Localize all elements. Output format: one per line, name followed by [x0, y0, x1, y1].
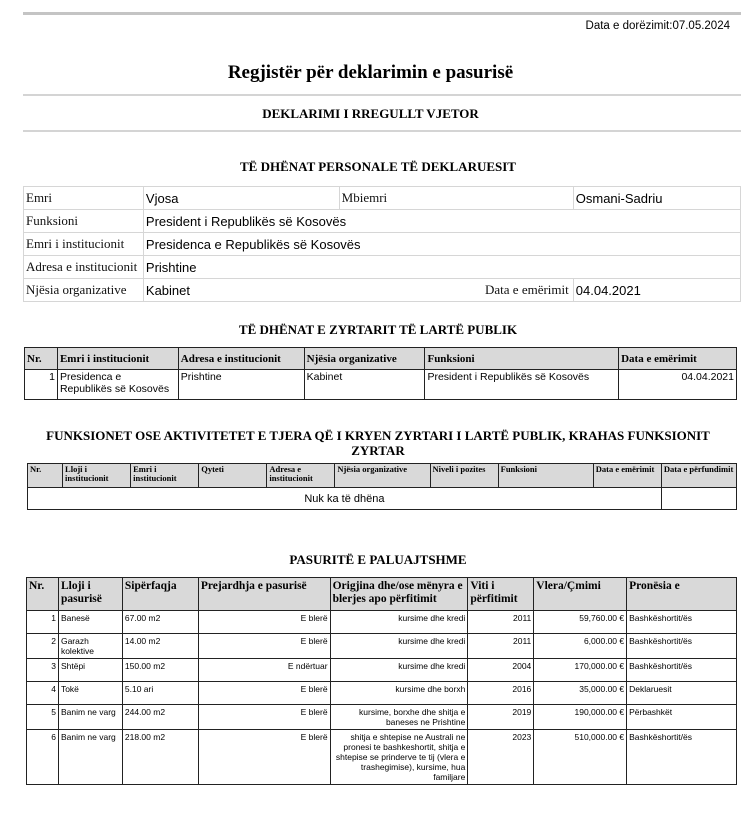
column-header: Emri i institucionit	[131, 464, 199, 488]
cell-type: Banesë	[58, 611, 122, 634]
cell-source: kursime, borxhe dhe shitja e baneses ne …	[330, 705, 468, 730]
appointment-date-label: Data e emërimit	[483, 279, 573, 302]
cell-owner: Bashkëshortit/ës	[627, 659, 737, 682]
institution-value: Presidenca e Republikës së Kosovës	[143, 233, 740, 256]
column-header: Funksioni	[498, 464, 593, 488]
column-header: Nr.	[27, 578, 59, 611]
column-header: Vlera/Çmimi	[534, 578, 627, 611]
column-header: Prejardhja e pasurisë	[198, 578, 330, 611]
column-header: Lloji i pasurisë	[58, 578, 122, 611]
table-row: 3Shtëpi150.00 m2E ndërtuarkursime dhe kr…	[27, 659, 737, 682]
cell-unit: Kabinet	[304, 370, 425, 400]
cell-nr: 2	[27, 634, 59, 659]
column-header: Adresa e institucionit	[267, 464, 335, 488]
immovable-property-table: Nr. Lloji i pasurisë Sipërfaqja Prejardh…	[26, 577, 737, 785]
cell-owner: Deklaruesit	[627, 682, 737, 705]
column-header: Data e përfundimit	[661, 464, 736, 488]
cell-value: 59,760.00 €	[534, 611, 627, 634]
table-row: Emri i institucionit Presidenca e Republ…	[24, 233, 741, 256]
column-header: Data e emërimit	[593, 464, 661, 488]
table-row: Adresa e institucionit Prishtine	[24, 256, 741, 279]
cell-area: 14.00 m2	[122, 634, 198, 659]
cell-nr: 4	[27, 682, 59, 705]
table-header-row: Nr. Emri i institucionit Adresa e instit…	[25, 348, 737, 370]
cell-year: 2004	[468, 659, 534, 682]
column-header: Emri i institucionit	[57, 348, 178, 370]
cell-owner: Bashkëshortit/ës	[627, 634, 737, 659]
title-divider	[23, 94, 741, 96]
column-header: Adresa e institucionit	[178, 348, 304, 370]
cell-origin: E blerë	[198, 705, 330, 730]
cell-value: 6,000.00 €	[534, 634, 627, 659]
cell-nr: 1	[25, 370, 58, 400]
cell-area: 218.00 m2	[122, 730, 198, 785]
declaration-type: DEKLARIMI I RREGULLT VJETOR	[0, 106, 741, 122]
cell-source: shitja e shtepise ne Australi ne pronesi…	[330, 730, 468, 785]
cell-type: Shtëpi	[58, 659, 122, 682]
cell-address: Prishtine	[178, 370, 304, 400]
last-name-value: Osmani-Sadriu	[573, 187, 740, 210]
cell-institution: Presidenca e Republikës së Kosovës	[57, 370, 178, 400]
cell-origin: E ndërtuar	[198, 659, 330, 682]
cell-year: 2023	[468, 730, 534, 785]
column-header: Data e emërimit	[619, 348, 737, 370]
official-data-table: Nr. Emri i institucionit Adresa e instit…	[24, 347, 737, 400]
cell-nr: 6	[27, 730, 59, 785]
column-header: Qyteti	[199, 464, 267, 488]
cell-area: 244.00 m2	[122, 705, 198, 730]
cell-nr: 1	[27, 611, 59, 634]
org-unit-label: Njësia organizative	[24, 279, 144, 302]
table-row: Emri Vjosa Mbiemri Osmani-Sadriu	[24, 187, 741, 210]
table-row: 6Banim ne varg218.00 m2E blerëshitja e s…	[27, 730, 737, 785]
column-header: Funksioni	[425, 348, 619, 370]
agency-banner: AGJENCIJA ZA SPRECAVANJE KORUPCIJE / AGE…	[0, 0, 741, 3]
column-header: Njësia organizative	[335, 464, 430, 488]
cell-nr: 5	[27, 705, 59, 730]
column-header: Lloji i institucionit	[63, 464, 131, 488]
table-row: Njësia organizative Kabinet Data e emëri…	[24, 279, 741, 302]
cell-year: 2011	[468, 611, 534, 634]
cell-value: 35,000.00 €	[534, 682, 627, 705]
cell-date: 04.04.2021	[619, 370, 737, 400]
cell-area: 150.00 m2	[122, 659, 198, 682]
immovable-property-heading: PASURITË E PALUAJTSHME	[23, 552, 733, 567]
cell-owner: Përbashkët	[627, 705, 737, 730]
cell-owner: Bashkëshortit/ës	[627, 730, 737, 785]
cell-source: kursime dhe kredi	[330, 634, 468, 659]
cell-source: kursime dhe kredi	[330, 659, 468, 682]
other-functions-heading: FUNKSIONET OSE AKTIVITETET E TJERA QË I …	[23, 428, 733, 458]
column-header: Pronësia e	[627, 578, 737, 611]
personal-data-heading: TË DHËNAT PERSONALE TË DEKLARUESIT	[23, 159, 733, 174]
subtitle-divider	[23, 130, 741, 132]
cell-origin: E blerë	[198, 682, 330, 705]
cell-empty	[661, 488, 736, 510]
column-header: Nr.	[25, 348, 58, 370]
personal-data-table: Emri Vjosa Mbiemri Osmani-Sadriu Funksio…	[23, 186, 741, 302]
column-header: Nr.	[28, 464, 63, 488]
table-row: 5Banim ne varg244.00 m2E blerëkursime, b…	[27, 705, 737, 730]
table-row: 2Garazh kolektive14.00 m2E blerëkursime …	[27, 634, 737, 659]
banner-divider	[23, 12, 741, 15]
column-header: Origjina dhe/ose mënyra e blerjes apo pë…	[330, 578, 468, 611]
first-name-label: Emri	[24, 187, 144, 210]
cell-type: Tokë	[58, 682, 122, 705]
table-row: 4Tokë5.10 ariE blerëkursime dhe borxh201…	[27, 682, 737, 705]
table-row: 1 Presidenca e Republikës së Kosovës Pri…	[25, 370, 737, 400]
function-label: Funksioni	[24, 210, 144, 233]
column-header: Sipërfaqja	[122, 578, 198, 611]
cell-type: Banim ne varg	[58, 705, 122, 730]
cell-year: 2016	[468, 682, 534, 705]
org-unit-value: Kabinet	[143, 279, 483, 302]
table-row: Funksioni President i Republikës së Koso…	[24, 210, 741, 233]
cell-value: 190,000.00 €	[534, 705, 627, 730]
other-functions-table: Nr. Lloji i institucionit Emri i institu…	[27, 463, 737, 510]
institution-address-value: Prishtine	[143, 256, 740, 279]
official-data-heading: TË DHËNAT E ZYRTARIT TË LARTË PUBLIK	[23, 322, 733, 337]
submission-date: Data e dorëzimit:07.05.2024	[586, 20, 730, 32]
cell-type: Banim ne varg	[58, 730, 122, 785]
page-title: Regjistër për deklarimin e pasurisë	[0, 62, 741, 84]
column-header: Niveli i pozites	[430, 464, 498, 488]
cell-value: 170,000.00 €	[534, 659, 627, 682]
cell-source: kursime dhe kredi	[330, 611, 468, 634]
institution-label: Emri i institucionit	[24, 233, 144, 256]
function-value: President i Republikës së Kosovës	[143, 210, 740, 233]
first-name-value: Vjosa	[143, 187, 339, 210]
column-header: Viti i përfitimit	[468, 578, 534, 611]
table-header-row: Nr. Lloji i institucionit Emri i institu…	[28, 464, 737, 488]
cell-area: 5.10 ari	[122, 682, 198, 705]
cell-source: kursime dhe borxh	[330, 682, 468, 705]
cell-origin: E blerë	[198, 730, 330, 785]
institution-address-label: Adresa e institucionit	[24, 256, 144, 279]
column-header: Njësia organizative	[304, 348, 425, 370]
table-row: 1Banesë67.00 m2E blerëkursime dhe kredi2…	[27, 611, 737, 634]
cell-function: President i Republikës së Kosovës	[425, 370, 619, 400]
appointment-date-value: 04.04.2021	[573, 279, 740, 302]
cell-year: 2019	[468, 705, 534, 730]
cell-value: 510,000.00 €	[534, 730, 627, 785]
cell-origin: E blerë	[198, 611, 330, 634]
cell-area: 67.00 m2	[122, 611, 198, 634]
cell-nr: 3	[27, 659, 59, 682]
cell-origin: E blerë	[198, 634, 330, 659]
cell-type: Garazh kolektive	[58, 634, 122, 659]
cell-owner: Bashkëshortit/ës	[627, 611, 737, 634]
last-name-label: Mbiemri	[339, 187, 573, 210]
table-row: Nuk ka të dhëna	[28, 488, 737, 510]
cell-year: 2011	[468, 634, 534, 659]
table-header-row: Nr. Lloji i pasurisë Sipërfaqja Prejardh…	[27, 578, 737, 611]
empty-state: Nuk ka të dhëna	[28, 488, 662, 510]
